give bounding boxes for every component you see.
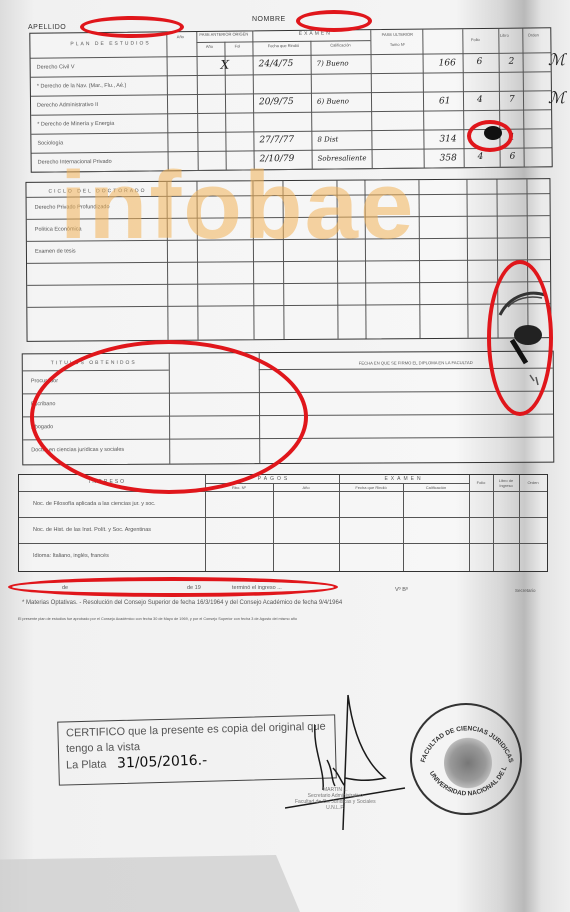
certificate-line-3: La Plata (66, 758, 107, 771)
doctorate-subject-label: Examen de tesis (35, 248, 76, 254)
libro-value: 4 (477, 95, 483, 105)
doctorate-title: CICLO DEL DOCTORADO (48, 188, 146, 195)
folio-value: 61 (439, 96, 451, 106)
col-pass-folio: Fol (228, 43, 246, 48)
exam-date: 20/9/75 (259, 97, 294, 107)
signature-icon (285, 690, 415, 840)
university-seal: FACULTAD DE CIENCIAS JURIDICAS Y SOCIALE… (410, 703, 522, 815)
redaction-name (296, 10, 372, 32)
doctorate-subject-label: Derecho Privado Profundizado (35, 204, 110, 211)
margin-initial: ℳ (548, 88, 565, 107)
entry-table: INGRESO PAGOS Rbo. Nº Año EXAMEN Fecha q… (18, 474, 548, 572)
exam-mark: X (221, 58, 230, 72)
exam-grade: 8 Dist (317, 136, 338, 144)
subject-label: * Derecho de Minería y Energía (37, 121, 114, 128)
entry-exam-header: EXAMEN (339, 476, 469, 482)
col-pass-later: PASE ULTERIOR (372, 32, 422, 38)
optional-subjects-note: * Materias Optativas. - Resolución del C… (22, 600, 342, 606)
seal-text-ring: FACULTAD DE CIENCIAS JURIDICAS Y SOCIALE… (410, 703, 522, 815)
name-label: NOMBRE (252, 16, 286, 23)
col-entry-folio: Folio (469, 480, 493, 485)
col-exam-grade: Calificación (312, 42, 368, 48)
plan-table: PLAN DE ESTUDIOS Año PASE ANTERIOR ORIGE… (29, 27, 552, 172)
certificate-date: 31/05/2016.- (117, 752, 208, 771)
doctorate-subject-label: Política Económica (35, 226, 82, 232)
footer-secretary: Secretario (515, 588, 536, 593)
exam-grade: Sobresaliente (318, 154, 367, 163)
col-payment-year: Año (273, 485, 339, 490)
subject-label: Derecho Internacional Privado (38, 159, 112, 166)
orden-value: 6 (510, 152, 516, 162)
orden-value: 2 (509, 57, 515, 67)
entry-subject-label: Noc. de Filosofía aplicada a las ciencia… (33, 501, 156, 507)
entry-subject-label: Noc. de Hist. de las Inst. Polít. y Soc.… (33, 527, 151, 533)
subject-label: Sociología (37, 140, 63, 146)
exam-date: 27/7/77 (259, 135, 294, 145)
col-exam-date: Fecha que Rindió (256, 43, 310, 49)
svg-text:FACULTAD DE CIENCIAS JURIDICAS: FACULTAD DE CIENCIAS JURIDICAS Y SOCIALE… (410, 703, 515, 765)
subject-label: Derecho Civil V (37, 64, 75, 70)
doctorate-table: CICLO DEL DOCTORADO Derecho Privado Prof… (25, 178, 551, 342)
redaction-libro (467, 120, 513, 152)
surname-label: APELLIDO (28, 24, 66, 31)
subject-label: Derecho Administrativo II (37, 102, 98, 109)
signatory-block: MARTIN ... Secretario Administrativo Fac… (295, 787, 376, 811)
exam-grade: 7) Bueno (317, 59, 349, 67)
col-exam: EXAMEN (256, 30, 374, 37)
signatory-line: U.N.L.P. (295, 805, 376, 811)
col-pass-year: Año (200, 44, 218, 49)
orden-value: 7 (509, 95, 515, 105)
folio-value: 358 (440, 153, 457, 163)
col-pass-prev: PASE ANTERIOR ORIGEN (196, 31, 251, 37)
entry-subject-label: Idioma: Italiano, inglés, francés (33, 553, 109, 559)
folio-value: 314 (439, 134, 456, 144)
libro-value: 4 (478, 152, 484, 162)
redaction-entry-line (8, 577, 338, 597)
col-pass-later-sub: Tomo Nº (372, 42, 422, 48)
col-entry-order: Orden (519, 480, 547, 485)
redaction-titles (30, 340, 308, 494)
margin-initial: ℳ (548, 50, 565, 69)
plan-title: PLAN DE ESTUDIOS (70, 40, 150, 47)
footer-vb: Vº Bº (395, 587, 408, 593)
col-year: Año (166, 34, 194, 39)
plan-approval-note: El presente plan de estudios fue aprobad… (18, 617, 297, 621)
redaction-stamp (487, 260, 553, 416)
libro-value: 6 (477, 57, 483, 67)
exam-grade: 6) Bueno (317, 97, 349, 105)
col-entry-exam-grade: Calificación (403, 485, 469, 490)
col-libro: Libro (490, 33, 518, 38)
paper-shadow (0, 855, 300, 912)
exam-date: 2/10/79 (260, 154, 295, 164)
certificate-line-2: tengo a la vista (66, 741, 140, 755)
col-entry-exam-date: Fecha que Rindió (339, 485, 403, 490)
col-entry-book: Libro de Ingreso (493, 478, 519, 488)
subject-label: * Derecho de la Nav. (Mar., Flu., Aé.) (37, 83, 127, 90)
redaction-surname (80, 16, 184, 38)
folio-value: 166 (439, 58, 456, 68)
exam-date: 24/4/75 (259, 59, 294, 69)
col-folio: Folio (460, 37, 490, 42)
